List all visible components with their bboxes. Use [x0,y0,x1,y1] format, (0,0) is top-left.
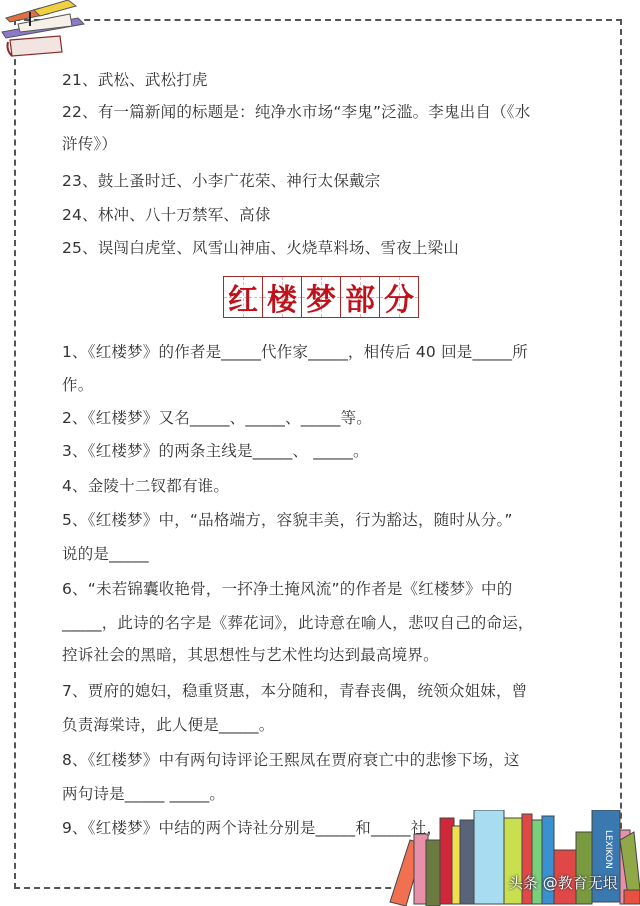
question-line: 控诉社会的黑暗，其思想性与艺术性均达到最高境界。 [62,645,439,665]
title-char: 部 [341,277,380,317]
answer-line: 23、鼓上蚤时迁、小李广花荣、神行太保戴宗 [62,171,380,191]
question-line: 2、《红楼梦》又名_____、_____、_____等。 [62,408,372,428]
question-line: 说的是_____ [62,544,149,564]
question-line: 5、《红楼梦》中，“品格端方，容貌丰美，行为豁达，随时从分。” [62,510,513,530]
answer-line: 浒传》） [62,134,117,154]
answer-line: 21、武松、武松打虎 [62,70,208,90]
title-char: 红 [224,277,263,317]
question-line: _____，此诗的名字是《葬花词》，此诗意在喻人，悲叹自己的命运， [62,613,534,633]
question-line: 8、《红楼梦》中有两句诗评论王熙凤在贾府衰亡中的悲惨下场，这 [62,750,520,770]
book-stack-icon [0,0,90,60]
question-line: 负责海棠诗，此人便是_____。 [62,715,274,735]
question-line: 4、金陵十二钗都有谁。 [62,476,229,496]
watermark: 头条 @教育无垠 [508,872,618,893]
title-char: 梦 [302,277,341,317]
question-line: 7、贾府的媳妇，稳重贤惠，本分随和，青春丧偶，统领众姐妹，曾 [62,681,527,701]
title-char: 楼 [263,277,302,317]
question-line: 作。 [62,375,93,395]
question-line: 1、《红楼梦》的作者是_____代作家_____，相传后 40 回是_____所 [62,342,528,362]
question-line: 6、“未若锦囊收艳骨，一抔净土掩风流”的作者是《红楼梦》中的 [62,579,512,599]
question-line: 3、《红楼梦》的两条主线是_____、 _____。 [62,441,369,461]
answer-line: 22、有一篇新闻的标题是：纯净水市场“李鬼”泛滥。李鬼出自（《水 [62,102,530,122]
answer-line: 25、误闯白虎堂、风雪山神庙、火烧草料场、雪夜上梁山 [62,238,459,258]
section-title: 红 楼 梦 部 分 [223,276,419,318]
bookshelf-spine-text: LEXIKON [603,830,613,869]
answer-line: 24、林冲、八十万禁军、高俅 [62,205,271,225]
title-char: 分 [380,277,418,317]
question-line: 两句诗是_____ _____。 [62,784,225,804]
